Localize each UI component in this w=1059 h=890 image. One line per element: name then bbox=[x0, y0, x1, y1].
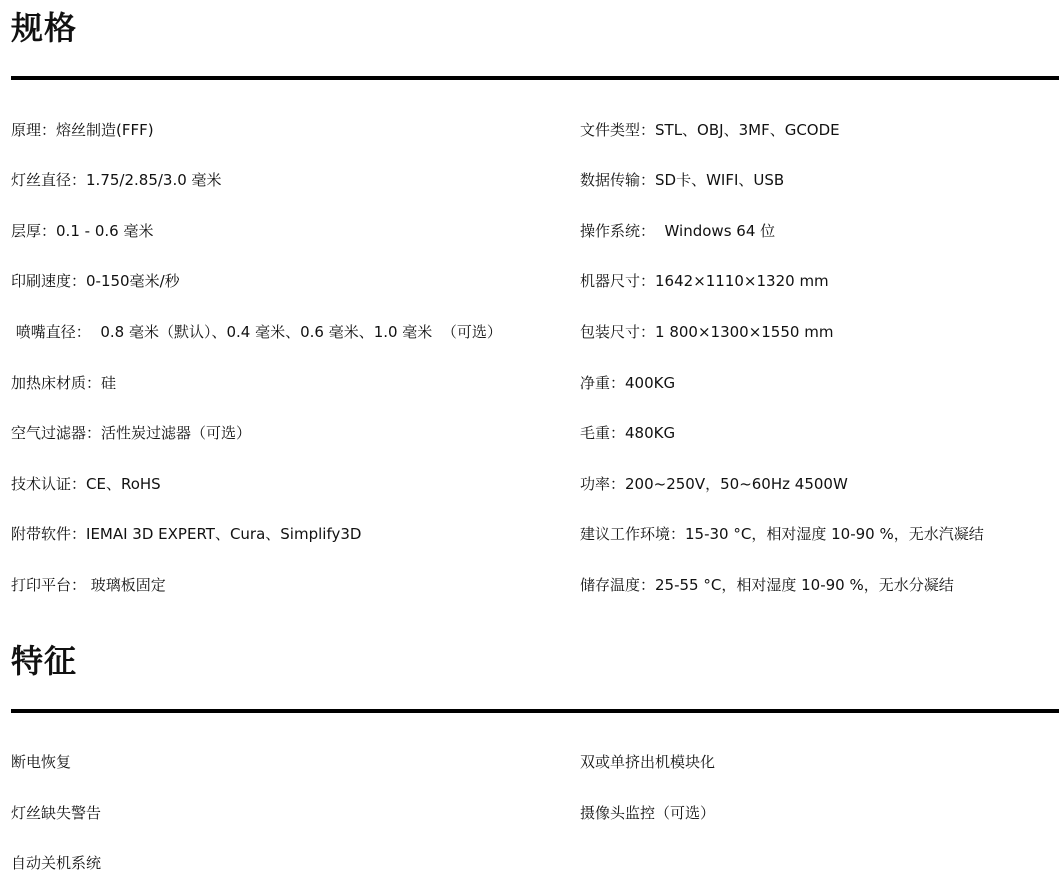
spec-label: 印刷速度： bbox=[11, 272, 86, 290]
spec-storage-temperature: 储存温度：25-55 °C，相对湿度 10-90 %，无水分凝结 bbox=[580, 575, 954, 595]
spec-value: 480KG bbox=[625, 424, 675, 442]
spec-bed-material: 加热床材质：硅 bbox=[11, 373, 116, 393]
spec-filament-diameter: 灯丝直径：1.75/2.85/3.0 毫米 bbox=[11, 170, 222, 190]
spec-value: 熔丝制造(FFF) bbox=[56, 121, 154, 139]
feature-item: 灯丝缺失警告 bbox=[11, 803, 101, 823]
spec-label: 毛重： bbox=[580, 424, 625, 442]
spec-label: 打印平台： bbox=[11, 576, 86, 594]
spec-label: 灯丝直径： bbox=[11, 171, 86, 189]
spec-net-weight: 净重：400KG bbox=[580, 373, 675, 393]
spec-air-filter: 空气过滤器：活性炭过滤器（可选） bbox=[11, 423, 251, 443]
spec-value: 400KG bbox=[625, 374, 675, 392]
features-divider bbox=[11, 709, 1059, 713]
spec-software: 附带软件：IEMAI 3D EXPERT、Cura、Simplify3D bbox=[11, 524, 361, 544]
spec-label: 操作系统： bbox=[580, 222, 655, 240]
spec-power: 功率：200~250V，50~60Hz 4500W bbox=[580, 474, 848, 494]
spec-value: 1 800×1300×1550 mm bbox=[655, 323, 833, 341]
spec-machine-size: 机器尺寸：1642×1110×1320 mm bbox=[580, 271, 829, 291]
spec-value: 硅 bbox=[101, 374, 116, 392]
feature-item: 摄像头监控（可选） bbox=[580, 803, 715, 823]
spec-gross-weight: 毛重：480KG bbox=[580, 423, 675, 443]
spec-value: SD卡、WIFI、USB bbox=[655, 171, 784, 189]
spec-value: STL、OBJ、3MF、GCODE bbox=[655, 121, 840, 139]
spec-value: 活性炭过滤器（可选） bbox=[101, 424, 251, 442]
spec-package-size: 包装尺寸：1 800×1300×1550 mm bbox=[580, 322, 833, 342]
features-title: 特征 bbox=[11, 641, 77, 681]
spec-label: 数据传输： bbox=[580, 171, 655, 189]
feature-item: 自动关机系统 bbox=[11, 853, 101, 873]
spec-label: 层厚： bbox=[11, 222, 56, 240]
spec-value: 0-150毫米/秒 bbox=[86, 272, 180, 290]
spec-data-transfer: 数据传输：SD卡、WIFI、USB bbox=[580, 170, 784, 190]
spec-label: 净重： bbox=[580, 374, 625, 392]
specs-divider bbox=[11, 76, 1059, 80]
spec-working-environment: 建议工作环境：15-30 °C，相对湿度 10-90 %，无水汽凝结 bbox=[580, 524, 984, 544]
spec-print-speed: 印刷速度：0-150毫米/秒 bbox=[11, 271, 180, 291]
spec-label: 包装尺寸： bbox=[580, 323, 655, 341]
spec-value: 0.8 毫米（默认）、0.4 毫米、0.6 毫米、1.0 毫米 （可选） bbox=[91, 323, 502, 341]
spec-value: 25-55 °C，相对湿度 10-90 %，无水分凝结 bbox=[655, 576, 954, 594]
spec-label: 文件类型： bbox=[580, 121, 655, 139]
spec-label: 原理： bbox=[11, 121, 56, 139]
spec-print-platform: 打印平台： 玻璃板固定 bbox=[11, 575, 166, 595]
spec-value: 15-30 °C，相对湿度 10-90 %，无水汽凝结 bbox=[685, 525, 984, 543]
specs-title: 规格 bbox=[11, 8, 77, 48]
spec-label: 附带软件： bbox=[11, 525, 86, 543]
spec-label: 喷嘴直径： bbox=[11, 323, 91, 341]
spec-value: 0.1 - 0.6 毫米 bbox=[56, 222, 153, 240]
spec-file-types: 文件类型：STL、OBJ、3MF、GCODE bbox=[580, 120, 840, 140]
spec-label: 储存温度： bbox=[580, 576, 655, 594]
spec-value: Windows 64 位 bbox=[655, 222, 775, 240]
spec-value: 200~250V，50~60Hz 4500W bbox=[625, 475, 848, 493]
spec-value: 1.75/2.85/3.0 毫米 bbox=[86, 171, 222, 189]
spec-os: 操作系统： Windows 64 位 bbox=[580, 221, 775, 241]
spec-label: 机器尺寸： bbox=[580, 272, 655, 290]
spec-label: 建议工作环境： bbox=[580, 525, 685, 543]
feature-item: 双或单挤出机模块化 bbox=[580, 752, 715, 772]
spec-certification: 技术认证：CE、RoHS bbox=[11, 474, 161, 494]
feature-item: 断电恢复 bbox=[11, 752, 71, 772]
spec-layer-thickness: 层厚：0.1 - 0.6 毫米 bbox=[11, 221, 153, 241]
spec-label: 功率： bbox=[580, 475, 625, 493]
spec-value: 玻璃板固定 bbox=[86, 576, 166, 594]
spec-value: IEMAI 3D EXPERT、Cura、Simplify3D bbox=[86, 525, 361, 543]
spec-value: CE、RoHS bbox=[86, 475, 161, 493]
spec-value: 1642×1110×1320 mm bbox=[655, 272, 829, 290]
spec-principle: 原理：熔丝制造(FFF) bbox=[11, 120, 154, 140]
spec-nozzle-diameter: 喷嘴直径： 0.8 毫米（默认）、0.4 毫米、0.6 毫米、1.0 毫米 （可… bbox=[11, 322, 502, 342]
spec-label: 加热床材质： bbox=[11, 374, 101, 392]
spec-label: 技术认证： bbox=[11, 475, 86, 493]
spec-label: 空气过滤器： bbox=[11, 424, 101, 442]
